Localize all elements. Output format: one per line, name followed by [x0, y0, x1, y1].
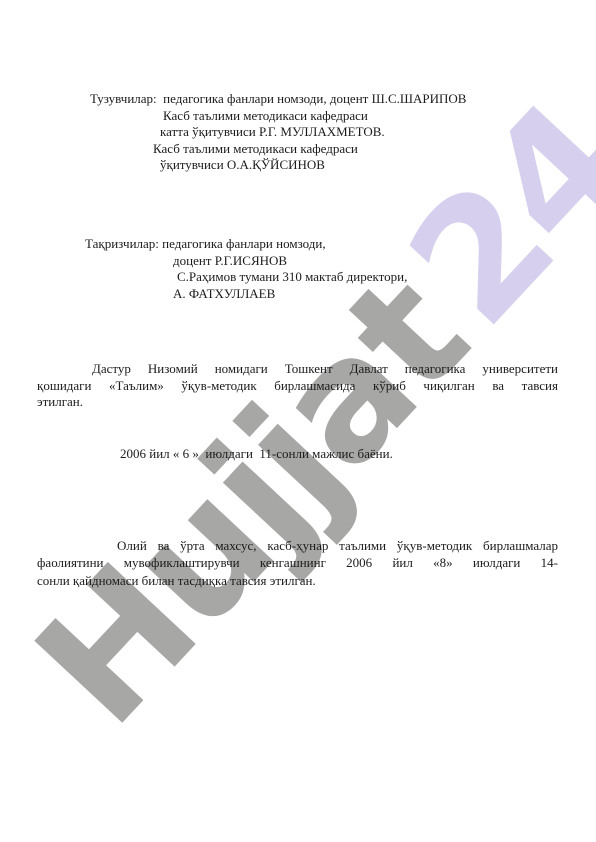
compilers-line: Касб таълими методикаси кафедраси — [153, 141, 596, 158]
paragraph-line: Дастур Низомий номидаги Тошкент Давлат п… — [37, 361, 558, 378]
reviewers-block: Тақризчилар: педагогика фанлари номзоди,… — [0, 236, 596, 303]
paragraph-line: Олий ва ўрта махсус, касб-ҳунар таълими … — [37, 537, 558, 554]
meeting-line: 2006 йил « 6 » июлдаги 11-сонли мажлис б… — [120, 446, 393, 462]
compilers-line: Касб таълими методикаси кафедраси — [163, 108, 596, 125]
council-paragraph: Олий ва ўрта махсус, касб-ҳунар таълими … — [37, 537, 558, 589]
compilers-block: Тузувчилар: педагогика фанлари номзоди, … — [0, 91, 596, 174]
compilers-line: ўқитувчиси О.А.ҚЎЙСИНОВ — [160, 157, 596, 174]
paragraph-line: фаолиятини мувофиклаштирувчи кенгашнинг … — [37, 554, 558, 571]
compilers-line: катта ўқитувчиси Р.Г. МУЛЛАХМЕТОВ. — [160, 124, 596, 141]
paragraph-line: этилган. — [37, 394, 558, 411]
reviewers-line: Тақризчилар: педагогика фанлари номзоди, — [85, 236, 596, 253]
reviewers-line: С.Раҳимов тумани 310 мактаб директори, — [177, 269, 596, 286]
reviewers-line: доцент Р.Г.ИСЯНОВ — [173, 253, 596, 270]
paragraph-line: сонли қайдномаси билан тасдиқка тавсия э… — [37, 572, 558, 589]
approval-paragraph: Дастур Низомий номидаги Тошкент Давлат п… — [37, 361, 558, 411]
paragraph-line: қошидаги «Таълим» ўқув-методик бирлашмас… — [37, 378, 558, 395]
document-page: Тузувчилар: педагогика фанлари номзоди, … — [0, 0, 596, 842]
compilers-line: Тузувчилар: педагогика фанлари номзоди, … — [90, 91, 596, 108]
reviewers-line: А. ФАТХУЛЛАЕВ — [173, 286, 596, 303]
